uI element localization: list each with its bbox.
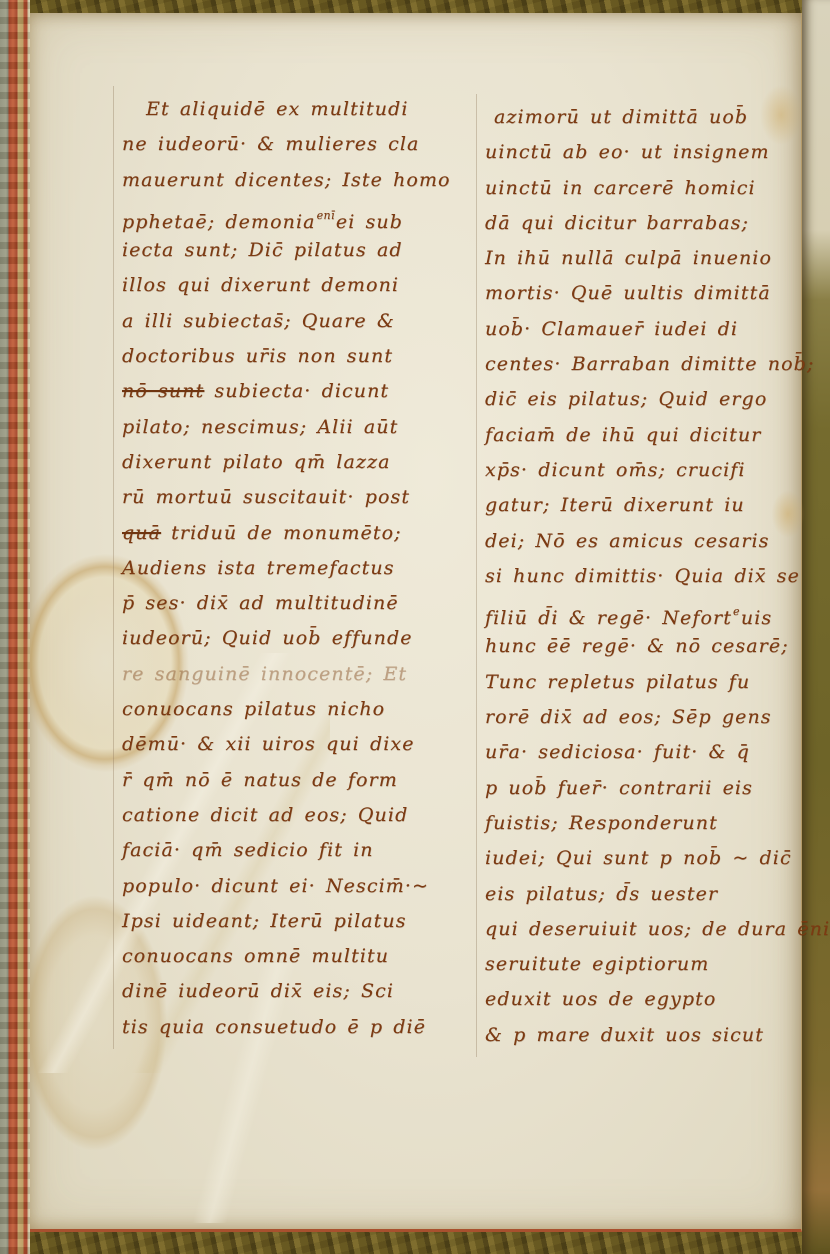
text-line: a illi subiectas̄; Quare & bbox=[122, 304, 478, 339]
interlinear-gloss: enī bbox=[317, 209, 335, 222]
text-line: ur̄a· sediciosa· fuit· & q̄ bbox=[485, 735, 817, 770]
text-line: dinē iudeorū dix̄ eis; Sci bbox=[122, 974, 478, 1009]
text-line: dixerunt pilato qm̄ lazza bbox=[122, 445, 478, 480]
manuscript-page: Et aliquidē ex multitudi ne iudeorū· & m… bbox=[30, 13, 802, 1232]
text-line: nō sunt subiecta· dicunt bbox=[122, 374, 478, 409]
manuscript-photo: Et aliquidē ex multitudi ne iudeorū· & m… bbox=[0, 0, 830, 1254]
struck-text: nō sunt bbox=[122, 380, 204, 402]
text-line: rū mortuū suscitauit· post bbox=[122, 480, 478, 515]
text-line: eis pilatus; d̄s uester bbox=[485, 877, 817, 912]
text-line: fuistis; Responderunt bbox=[485, 806, 817, 841]
text-line: dei; Nō es amicus cesaris bbox=[485, 524, 817, 559]
text-line: r̄ qm̄ nō ē natus de form bbox=[122, 763, 478, 798]
text-line: faciā· qm̄ sedicio fit in bbox=[122, 833, 478, 868]
text-line: rorē dix̄ ad eos; Sēp gens bbox=[485, 700, 817, 735]
text-line: populo· dicunt ei· Nescim̄·~ bbox=[122, 869, 478, 904]
text-line: faciam̄ de ihū qui dicitur bbox=[485, 418, 817, 453]
line-text: uis bbox=[741, 607, 772, 629]
text-line: uinctū ab eo· ut insignem bbox=[485, 135, 817, 170]
text-line: hunc ēē regē· & nō cesarē; bbox=[485, 629, 817, 664]
book-cover-bottom-edge bbox=[0, 1230, 830, 1254]
text-line: iudei; Qui sunt p nob̄ ~ dic̄ bbox=[485, 841, 817, 876]
text-line: pilato; nescimus; Alii aūt bbox=[122, 410, 478, 445]
text-line: catione dicit ad eos; Quid bbox=[122, 798, 478, 833]
text-line: dic̄ eis pilatus; Quid ergo bbox=[485, 382, 817, 417]
text-line: ne iudeorū· & mulieres cla bbox=[122, 127, 478, 162]
text-line: conuocans pilatus nicho bbox=[122, 692, 478, 727]
text-line: p uob̄ fuer̄· contrarii eis bbox=[485, 771, 817, 806]
text-line: mauerunt dicentes; Iste homo bbox=[122, 163, 478, 198]
text-line: conuocans omnē multitu bbox=[122, 939, 478, 974]
text-line: qui deseruiuit uos; de dura ēni bbox=[485, 912, 817, 947]
right-text-column: azimorū ut dimittā uob̄ uinctū ab eo· ut… bbox=[485, 100, 817, 1053]
text-line: p̄ ses· dix̄ ad multitudinē bbox=[122, 586, 478, 621]
text-line: Et aliquidē ex multitudi bbox=[122, 92, 478, 127]
text-line-faded: re sanguinē innocentē; Et bbox=[122, 657, 478, 692]
text-line: tis quia consuetudo ē p diē bbox=[122, 1010, 478, 1045]
text-line: centes· Barraban dimitte nob̄; bbox=[485, 347, 817, 382]
text-line: xp̄s· dicunt om̄s; crucifi bbox=[485, 453, 817, 488]
text-line: uinctū in carcerē homici bbox=[485, 171, 817, 206]
line-text: triduū de monumēto; bbox=[161, 522, 402, 544]
binding-edge bbox=[0, 0, 30, 1254]
text-line: iecta sunt; Dic̄ pilatus ad bbox=[122, 233, 478, 268]
text-line: quā triduū de monumēto; bbox=[122, 516, 478, 551]
text-line: & p mare duxit uos sicut bbox=[485, 1018, 817, 1053]
text-line: Tunc repletus pilatus fu bbox=[485, 665, 817, 700]
line-text: ei sub bbox=[336, 211, 403, 233]
text-line: eduxit uos de egypto bbox=[485, 982, 817, 1017]
text-line: dēmū· & xii uiros qui dixe bbox=[122, 727, 478, 762]
text-line: si hunc dimittis· Quia dix̄ se bbox=[485, 559, 817, 594]
text-line: mortis· Quē uultis dimittā bbox=[485, 276, 817, 311]
text-line: uob̄· Clamauer̄ iudei di bbox=[485, 312, 817, 347]
struck-text: quā bbox=[122, 522, 161, 544]
text-line: gatur; Iterū dixerunt iu bbox=[485, 488, 817, 523]
text-line: dā qui dicitur barrabas; bbox=[485, 206, 817, 241]
left-text-column: Et aliquidē ex multitudi ne iudeorū· & m… bbox=[122, 92, 478, 1045]
interlinear-gloss: e bbox=[733, 605, 740, 618]
line-text: pphetaē; demonia bbox=[122, 211, 316, 233]
text-line: pphetaē; demoniaenīei sub bbox=[122, 198, 478, 233]
text-line: filiū d̄i & regē· Neforteuis bbox=[485, 594, 817, 629]
text-line: In ihū nullā culpā inuenio bbox=[485, 241, 817, 276]
text-line: Audiens ista tremefactus bbox=[122, 551, 478, 586]
text-line: seruitute egiptiorum bbox=[485, 947, 817, 982]
text-line: iudeorū; Quid uob̄ effunde bbox=[122, 621, 478, 656]
text-line: azimorū ut dimittā uob̄ bbox=[485, 100, 817, 135]
text-line: doctoribus ur̄is non sunt bbox=[122, 339, 478, 374]
text-line: illos qui dixerunt demoni bbox=[122, 268, 478, 303]
text-line: Ipsi uideant; Iterū pilatus bbox=[122, 904, 478, 939]
line-text: filiū d̄i & regē· Nefort bbox=[485, 607, 732, 629]
line-text: subiecta· dicunt bbox=[204, 380, 389, 402]
